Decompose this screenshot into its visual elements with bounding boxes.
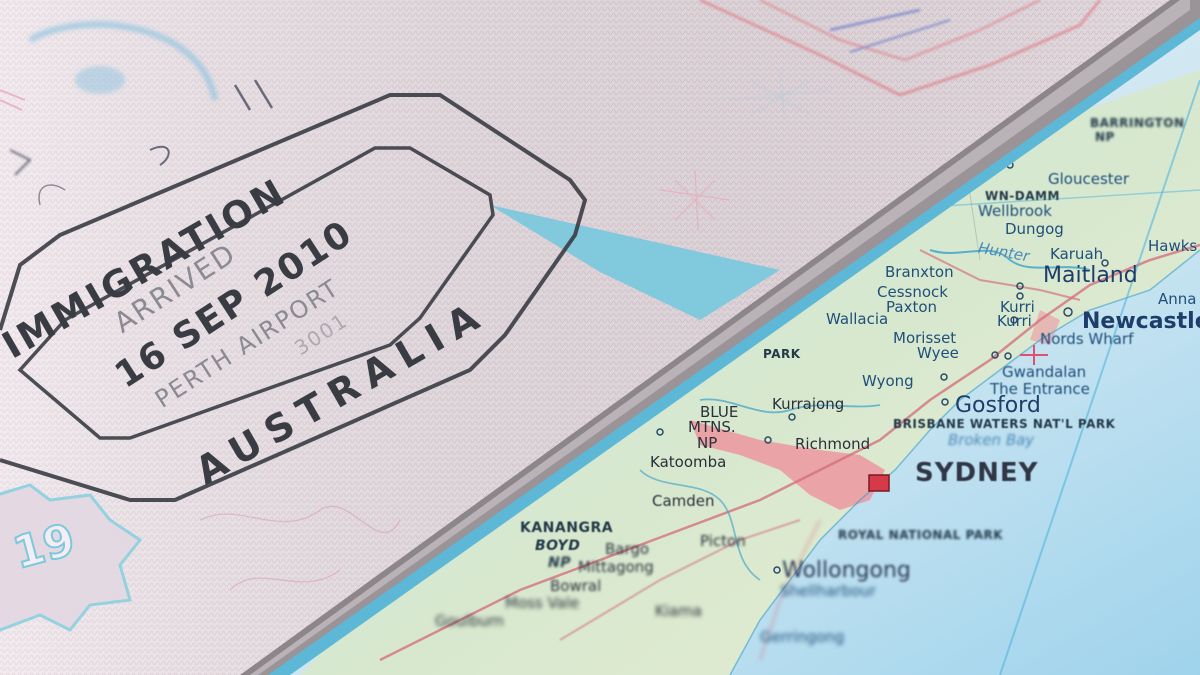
map-label-gosford: Gosford xyxy=(955,393,1041,418)
map-label-royal-np: ROYAL NATIONAL PARK xyxy=(838,528,1003,542)
map-label-picton: Picton xyxy=(700,532,746,550)
map-label-moss-vale: Moss Vale xyxy=(505,594,579,612)
map-label-wellbrook: Wellbrook xyxy=(978,202,1052,220)
map-label-wallacia: Wallacia xyxy=(826,310,888,328)
map-label-wyong: Wyong xyxy=(862,372,914,390)
map-label-np-kanangra: NP xyxy=(548,555,571,571)
photo-scene: BARRINGTON NP Gloucester WN-DAMM Wellbro… xyxy=(0,0,1200,675)
map-label-nords-wharf: Nords Wharf xyxy=(1040,330,1133,348)
map-label-richmond: Richmond xyxy=(795,435,870,453)
map-label-bowral: Bowral xyxy=(550,577,601,595)
map-label-brisbane-waters: BRISBANE WATERS NAT'L PARK xyxy=(893,417,1115,431)
map-label-katoomba: Katoomba xyxy=(650,453,726,471)
map-background: BARRINGTON NP Gloucester WN-DAMM Wellbro… xyxy=(0,0,1200,675)
map-label-hawks-nest: Hawks Nest xyxy=(1148,237,1200,255)
map-label-kiama: Kiama xyxy=(655,602,702,620)
map-label-gerringong: Gerringong xyxy=(760,628,844,646)
map-label-karuah: Karuah xyxy=(1050,245,1103,263)
map-label-branxton: Branxton xyxy=(885,263,954,281)
map-label-sydney: SYDNEY xyxy=(915,458,1038,488)
map-label-kanangra: KANANGRA xyxy=(520,520,613,536)
map-label-anna-bay: Anna xyxy=(1158,290,1196,308)
map-label-np: NP xyxy=(1095,130,1115,144)
map-label-dungog: Dungog xyxy=(1005,220,1064,238)
map-label-gwandalan: Gwandalan xyxy=(1002,363,1086,381)
map-label-park: PARK xyxy=(763,347,801,361)
map-label-boyd: BOYD xyxy=(535,538,580,554)
map-label-goulburn: Goulburn xyxy=(435,612,504,630)
map-label-maitland: Maitland xyxy=(1043,263,1138,288)
map-label-mittagong: Mittagong xyxy=(578,558,654,576)
map-label-wollongong: Wollongong xyxy=(782,558,911,583)
map-label-paxton: Paxton xyxy=(886,298,937,316)
map-label-gloucester: Gloucester xyxy=(1048,170,1129,188)
map-label-camden: Camden xyxy=(652,492,715,510)
map-label-kurrajong: Kurrajong xyxy=(772,395,844,413)
map-label-broken-bay: Broken Bay xyxy=(948,431,1034,449)
map-label-wn-damm: WN-DAMM xyxy=(985,189,1060,203)
map-label-bargo: Bargo xyxy=(605,540,649,558)
map-label-barrington: BARRINGTON xyxy=(1090,116,1185,130)
map-label-np-blue: NP xyxy=(697,434,717,452)
map-label-shellharbour: Shellharbour xyxy=(780,582,876,600)
map-label-wyee: Wyee xyxy=(917,344,959,362)
map-label-kurri-2: Kurri xyxy=(997,312,1032,330)
